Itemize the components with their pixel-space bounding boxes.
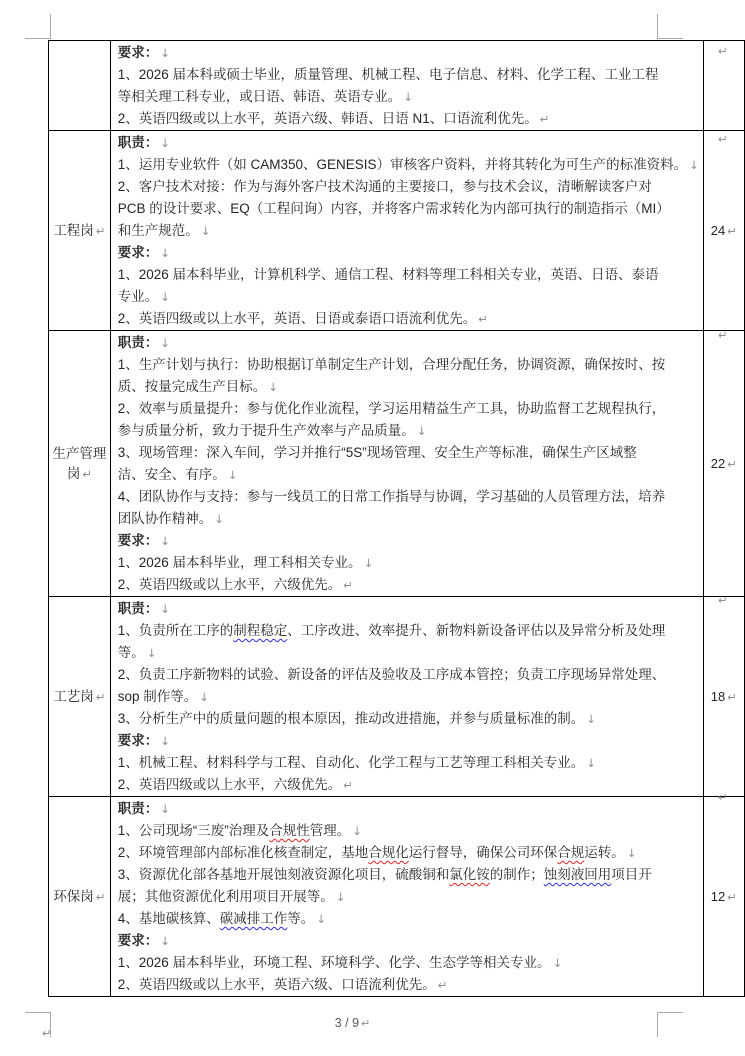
text-line: 展；其他资源优化利用项目开展等。↓ (118, 886, 699, 908)
text-line: 2、英语四级或以上水平，英语、日语或泰语口语流利优先。↵ (118, 308, 699, 330)
text-segment: 等相关理工科专业，或日语、韩语、英语专业。 (118, 89, 402, 104)
line-break-mark: ↓ (553, 956, 563, 970)
page-number: 3 / 9↵ (48, 1016, 657, 1030)
text-line: 职责：↓ (118, 332, 699, 354)
text-segment: 2、客户技术对接：作为与海外客户技术沟通的主要接口，参与技术会议，清晰解读客户对 (118, 179, 652, 194)
text-line: 2、客户技术对接：作为与海外客户技术沟通的主要接口，参与技术会议，清晰解读客户对 (118, 176, 699, 198)
cell-end-mark: ↵ (82, 467, 92, 481)
text-segment: 1、负责所在工序的 (118, 623, 234, 638)
position-label: 生产管理 (49, 444, 110, 464)
text-segment: 要求： (118, 933, 159, 948)
line-break-mark: ↓ (160, 290, 170, 304)
cell-end-mark: ↵ (343, 578, 353, 592)
text-line: 专业。↓ (118, 286, 699, 308)
row-end-mark: ↵ (718, 44, 728, 58)
text-line: PCB 的设计要求、EQ（工程问询）内容，并将客户需求转化为内部可执行的制造指示… (118, 198, 699, 220)
text-line: 1、机械工程、材料科学与工程、自动化、化学工程与工艺等理工科相关专业。↓ (118, 752, 699, 774)
line-break-mark: ↓ (627, 846, 637, 860)
grammar-underlined-text: 蚀刻液回用 (544, 867, 612, 882)
text-line: 要求：↓ (118, 42, 699, 64)
row-end-mark: ↵ (718, 132, 728, 146)
text-segment: 2、英语四级或以上水平，英语六级、口语流利优先。 (118, 977, 436, 992)
job-table-body: 要求：↓1、2026 届本科或硕士毕业，质量管理、机械工程、电子信息、材料、化学… (49, 41, 745, 997)
text-segment: 4、团队协作与支持：参与一线员工的日常工作指导与协调，学习基础的人员管理方法，培… (118, 489, 666, 504)
word-document-page: 要求：↓1、2026 届本科或硕士毕业，质量管理、机械工程、电子信息、材料、化学… (0, 0, 745, 1056)
line-break-mark: ↓ (586, 712, 596, 726)
table-row: 环保岗↵职责：↓1、公司现场“三废”治理及合规性管理。↓2、环境管理部内部标准化… (49, 797, 745, 997)
text-line: 要求：↓ (118, 930, 699, 952)
position-cell: 环保岗↵ (49, 797, 111, 997)
text-segment: 3、资源优化部各基地开展蚀刻液资源化项目，硫酸铜和 (118, 867, 450, 882)
text-segment: 1、机械工程、材料科学与工程、自动化、化学工程与工艺等理工科相关专业。 (118, 755, 585, 770)
text-segment: 运转。 (584, 845, 625, 860)
text-line: 要求：↓ (118, 530, 699, 552)
position-cell: 生产管理岗↵ (49, 331, 111, 597)
table-row: 要求：↓1、2026 届本科或硕士毕业，质量管理、机械工程、电子信息、材料、化学… (49, 41, 745, 131)
text-segment: 1、公司现场“三废”治理及 (118, 823, 270, 838)
line-break-mark: ↓ (160, 136, 170, 150)
position-label: 岗↵ (49, 464, 110, 484)
footer-paragraph-mark: ↵ (361, 1017, 370, 1030)
line-break-mark: ↓ (160, 336, 170, 350)
text-line: sop 制作等。↓ (118, 686, 699, 708)
text-segment: 质、按量完成生产目标。 (118, 379, 267, 394)
table-row: 生产管理岗↵职责：↓1、生产计划与执行：协助根据订单制定生产计划，合理分配任务，… (49, 331, 745, 597)
table-row: 工程岗↵职责：↓1、运用专业软件（如 CAM350、GENESIS）审核客户资料… (49, 131, 745, 331)
text-line: 2、英语四级或以上水平，六级优先。↵ (118, 574, 699, 596)
text-segment: 3、分析生产中的质量问题的根本原因，推动改进措施，并参与质量标准的制。 (118, 711, 585, 726)
description-cell: 职责：↓1、负责所在工序的制程稳定、工序改进、效率提升、新物料新设备评估以及异常… (110, 597, 703, 797)
text-segment: 运行督导，确保公司环保 (409, 845, 558, 860)
text-line: 洁、安全、有序。↓ (118, 464, 699, 486)
text-segment: 2、英语四级或以上水平，英语六级、韩语、日语 N1、口语流利优先。 (118, 111, 538, 126)
line-break-mark: ↓ (403, 90, 413, 104)
text-boundary-cropmark-top-right (657, 14, 683, 39)
text-segment: 、工序改进、效率提升、新物料新设备评估以及异常分析及处理 (287, 623, 665, 638)
table-row: 工艺岗↵职责：↓1、负责所在工序的制程稳定、工序改进、效率提升、新物料新设备评估… (49, 597, 745, 797)
text-line: 参与质量分析，致力于提升生产效率与产品质量。↓ (118, 420, 699, 442)
text-segment: 专业。 (118, 289, 159, 304)
headcount-value: 24 (711, 223, 725, 238)
row-end-mark: ↵ (718, 328, 728, 342)
text-segment: PCB 的设计要求、EQ（工程问询）内容，并将客户需求转化为内部可执行的制造指示… (118, 201, 670, 216)
footer-left-paragraph-mark: ↵ (42, 1026, 52, 1040)
text-line: 3、分析生产中的质量问题的根本原因，推动改进措施，并参与质量标准的制。↓ (118, 708, 699, 730)
line-break-mark: ↓ (199, 690, 209, 704)
line-break-mark: ↓ (160, 46, 170, 60)
headcount-value: 22 (711, 456, 725, 471)
text-segment: 1、生产计划与执行：协助根据订单制定生产计划，合理分配任务，协调资源，确保按时、… (118, 357, 666, 372)
position-cell: 工程岗↵ (49, 131, 111, 331)
text-line: 3、现场管理：深入车间，学习并推行“5S”现场管理、安全生产等标准，确保生产区域… (118, 442, 699, 464)
row-end-mark: ↵ (718, 790, 728, 804)
text-segment: 1、2026 届本科毕业，计算机科学、通信工程、材料等理工科相关专业，英语、日语… (118, 267, 659, 282)
line-break-mark: ↓ (160, 534, 170, 548)
text-segment: 等。 (118, 645, 145, 660)
text-line: 2、英语四级或以上水平，英语六级、韩语、日语 N1、口语流利优先。↵ (118, 108, 699, 130)
text-line: 1、生产计划与执行：协助根据订单制定生产计划，合理分配任务，协调资源，确保按时、… (118, 354, 699, 376)
cell-end-mark: ↵ (478, 312, 488, 326)
text-segment: 要求： (118, 245, 159, 260)
text-segment: sop 制作等。 (118, 689, 198, 704)
spellcheck-underlined-text: 合规 (557, 845, 584, 860)
text-boundary-cropmark-top-left (25, 14, 51, 39)
text-boundary-cropmark-bottom-right (657, 1012, 683, 1037)
description-cell: 要求：↓1、2026 届本科或硕士毕业，质量管理、机械工程、电子信息、材料、化学… (110, 41, 703, 131)
text-segment: 4、基地碳核算、 (118, 911, 220, 926)
line-break-mark: ↓ (417, 424, 427, 438)
text-segment: 2、环境管理部内部标准化核查制定，基地 (118, 845, 369, 860)
cell-end-mark: ↵ (96, 690, 106, 704)
line-break-mark: ↓ (160, 246, 170, 260)
position-label: 工程岗↵ (49, 221, 110, 241)
line-break-mark: ↓ (268, 380, 278, 394)
line-break-mark: ↓ (689, 158, 699, 172)
cell-end-mark: ↵ (343, 778, 353, 792)
line-break-mark: ↓ (364, 556, 374, 570)
text-segment: 管理。 (310, 823, 351, 838)
text-line: 1、2026 届本科毕业，理工科相关专业。↓ (118, 552, 699, 574)
position-cell: 工艺岗↵ (49, 597, 111, 797)
position-label: 环保岗↵ (49, 887, 110, 907)
row-end-mark: ↵ (718, 593, 728, 607)
text-line: 1、运用专业软件（如 CAM350、GENESIS）审核客户资料，并将其转化为可… (118, 154, 699, 176)
cell-end-mark: ↵ (727, 890, 737, 904)
text-segment: 2、负责工序新物料的试验、新设备的评估及验收及工序成本管控；负责工序现场异常处理… (118, 667, 666, 682)
text-segment: 项目开 (611, 867, 652, 882)
text-line: 职责：↓ (118, 598, 699, 620)
spellcheck-underlined-text: 合规化 (368, 845, 409, 860)
description-cell: 职责：↓1、生产计划与执行：协助根据订单制定生产计划，合理分配任务，协调资源，确… (110, 331, 703, 597)
spellcheck-underlined-text: 合规性 (269, 823, 310, 838)
text-segment: 要求： (118, 733, 159, 748)
text-line: 1、公司现场“三废”治理及合规性管理。↓ (118, 820, 699, 842)
count-cell: 22↵ (703, 331, 744, 597)
text-segment: 洁、安全、有序。 (118, 467, 226, 482)
text-segment: 1、2026 届本科或硕士毕业，质量管理、机械工程、电子信息、材料、化学工程、工… (118, 67, 659, 82)
line-break-mark: ↓ (147, 646, 157, 660)
text-segment: 要求： (118, 533, 159, 548)
text-line: 质、按量完成生产目标。↓ (118, 376, 699, 398)
cell-end-mark: ↵ (727, 224, 737, 238)
line-break-mark: ↓ (228, 468, 238, 482)
count-cell: 24↵ (703, 131, 744, 331)
text-line: 要求：↓ (118, 730, 699, 752)
job-positions-table: 要求：↓1、2026 届本科或硕士毕业，质量管理、机械工程、电子信息、材料、化学… (48, 40, 745, 997)
page-number-label: 3 / 9 (335, 1016, 359, 1030)
count-cell: 12↵ (703, 797, 744, 997)
line-break-mark: ↓ (352, 824, 362, 838)
line-break-mark: ↓ (160, 934, 170, 948)
text-segment: 2、英语四级或以上水平，六级优先。 (118, 777, 342, 792)
text-line: 4、基地碳核算、碳减排工作等。↓ (118, 908, 699, 930)
text-segment: 团队协作精神。 (118, 511, 213, 526)
text-line: 1、负责所在工序的制程稳定、工序改进、效率提升、新物料新设备评估以及异常分析及处… (118, 620, 699, 642)
text-segment: 1、2026 届本科毕业，环境工程、环境科学、化学、生态学等相关专业。 (118, 955, 551, 970)
text-line: 2、英语四级或以上水平，英语六级、口语流利优先。↵ (118, 974, 699, 996)
line-break-mark: ↓ (160, 802, 170, 816)
text-segment: 3、现场管理：深入车间，学习并推行“5S”现场管理、安全生产等标准，确保生产区域… (118, 445, 637, 460)
cell-end-mark: ↵ (540, 112, 550, 126)
text-segment: 参与质量分析，致力于提升生产效率与产品质量。 (118, 423, 415, 438)
line-break-mark: ↓ (214, 512, 224, 526)
text-segment: 2、英语四级或以上水平，英语、日语或泰语口语流利优先。 (118, 311, 477, 326)
text-segment: 职责： (118, 801, 159, 816)
text-segment: 2、英语四级或以上水平，六级优先。 (118, 577, 342, 592)
text-line: 和生产规范。↓ (118, 220, 699, 242)
text-segment: 1、2026 届本科毕业，理工科相关专业。 (118, 555, 362, 570)
text-line: 1、2026 届本科或硕士毕业，质量管理、机械工程、电子信息、材料、化学工程、工… (118, 64, 699, 86)
text-line: 等相关理工科专业，或日语、韩语、英语专业。↓ (118, 86, 699, 108)
cell-end-mark: ↵ (438, 978, 448, 992)
text-segment: 职责： (118, 601, 159, 616)
text-line: 3、资源优化部各基地开展蚀刻液资源化项目，硫酸铜和氯化铵的制作；蚀刻液回用项目开 (118, 864, 699, 886)
text-line: 2、负责工序新物料的试验、新设备的评估及验收及工序成本管控；负责工序现场异常处理… (118, 664, 699, 686)
cell-end-mark: ↵ (727, 690, 737, 704)
line-break-mark: ↓ (336, 890, 346, 904)
text-segment: 职责： (118, 135, 159, 150)
line-break-mark: ↓ (201, 224, 211, 238)
line-break-mark: ↓ (160, 602, 170, 616)
text-segment: 和生产规范。 (118, 223, 199, 238)
grammar-underlined-text: 制程稳定 (233, 623, 287, 638)
text-line: 等。↓ (118, 642, 699, 664)
text-line: 1、2026 届本科毕业，计算机科学、通信工程、材料等理工科相关专业，英语、日语… (118, 264, 699, 286)
line-break-mark: ↓ (316, 912, 326, 926)
text-line: 要求：↓ (118, 242, 699, 264)
text-segment: 要求： (118, 45, 159, 60)
cell-end-mark: ↵ (96, 890, 106, 904)
spellcheck-underlined-text: 氯化铵 (449, 867, 490, 882)
text-segment: 展；其他资源优化利用项目开展等。 (118, 889, 334, 904)
cell-end-mark: ↵ (727, 457, 737, 471)
count-cell: 18↵ (703, 597, 744, 797)
description-cell: 职责：↓1、运用专业软件（如 CAM350、GENESIS）审核客户资料，并将其… (110, 131, 703, 331)
text-line: 2、英语四级或以上水平，六级优先。↵ (118, 774, 699, 796)
grammar-underlined-text: 碳减排工作 (220, 911, 288, 926)
text-line: 职责：↓ (118, 798, 699, 820)
line-break-mark: ↓ (586, 756, 596, 770)
text-segment: 2、效率与质量提升：参与优化作业流程，学习运用精益生产工具，协助监督工艺规程执行… (118, 401, 666, 416)
position-cell (49, 41, 111, 131)
text-segment: 1、运用专业软件（如 CAM350、GENESIS）审核客户资料，并将其转化为可… (118, 157, 687, 172)
text-segment: 的制作； (490, 867, 544, 882)
position-label: 工艺岗↵ (49, 687, 110, 707)
line-break-mark: ↓ (160, 734, 170, 748)
text-line: 2、效率与质量提升：参与优化作业流程，学习运用精益生产工具，协助监督工艺规程执行… (118, 398, 699, 420)
text-segment: 等。 (287, 911, 314, 926)
text-line: 团队协作精神。↓ (118, 508, 699, 530)
description-cell: 职责：↓1、公司现场“三废”治理及合规性管理。↓2、环境管理部内部标准化核查制定… (110, 797, 703, 997)
cell-end-mark: ↵ (96, 224, 106, 238)
text-line: 4、团队协作与支持：参与一线员工的日常工作指导与协调，学习基础的人员管理方法，培… (118, 486, 699, 508)
text-line: 职责：↓ (118, 132, 699, 154)
text-line: 2、环境管理部内部标准化核查制定，基地合规化运行督导，确保公司环保合规运转。↓ (118, 842, 699, 864)
text-line: 1、2026 届本科毕业，环境工程、环境科学、化学、生态学等相关专业。↓ (118, 952, 699, 974)
headcount-value: 18 (711, 689, 725, 704)
text-segment: 职责： (118, 335, 159, 350)
headcount-value: 12 (711, 889, 725, 904)
